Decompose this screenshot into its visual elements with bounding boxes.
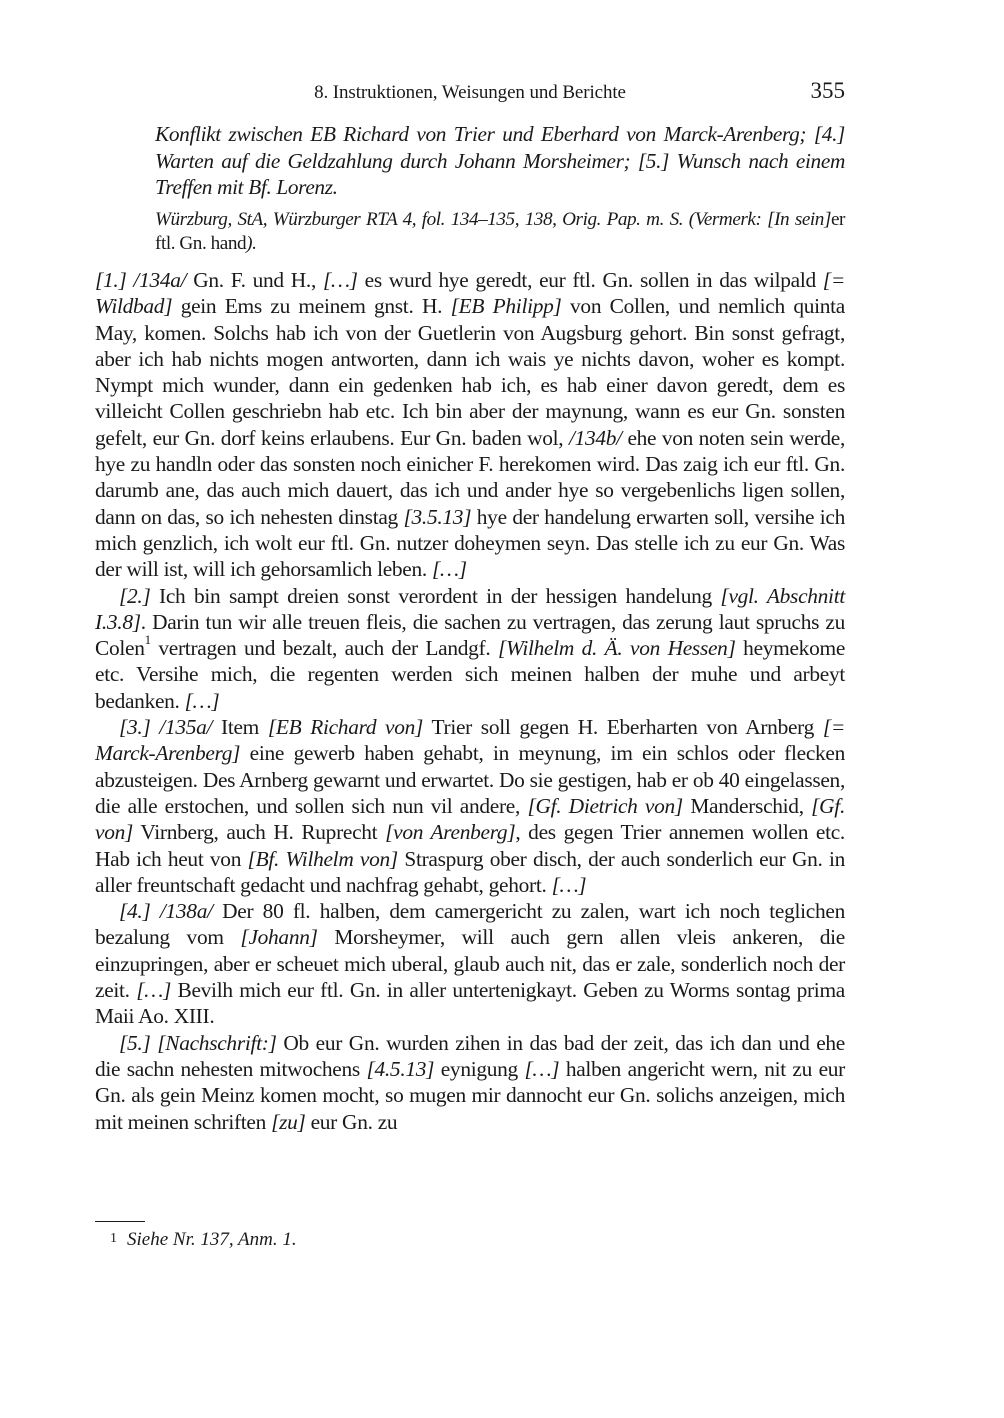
editorial-annotation: [EB Richard von] [268,715,423,739]
editorial-annotation: […] [525,1057,560,1081]
regest-summary: Konflikt zwischen EB Richard von Trier u… [155,121,845,201]
editorial-annotation: […] [552,873,587,897]
source-archive: Würzburg, StA, Würzburger RTA 4, fol. 13… [155,209,831,230]
footnote-text: Siehe Nr. 137, Anm. 1. [127,1229,297,1250]
editorial-annotation: [Wilhelm d. Ä. von Hessen] [498,636,736,660]
editorial-annotation: [Johann] [240,925,317,949]
source-text: Manderschid, [683,794,811,818]
source-text: Trier soll gegen H. Eberharten von Arnbe… [423,715,823,739]
editorial-annotation: […] [323,268,358,292]
editorial-annotation: [Gf. Dietrich von] [527,794,683,818]
editorial-annotation: […] [136,978,171,1002]
source-text: Item [212,715,268,739]
footnote-1: 1Siehe Nr. 137, Anm. 1. [110,1228,297,1252]
source-closing: ). [246,233,256,254]
paragraph-4: [4.] /138a/ Der 80 fl. halben, dem camer… [95,898,845,1029]
paragraph-5: [5.] [Nachschrift:] Ob eur Gn. wurden zi… [95,1030,845,1135]
editorial-annotation: [zu] [271,1110,305,1134]
page-number: 355 [811,78,846,104]
editorial-annotation: [2.] [119,584,151,608]
editorial-annotation: [von Arenberg] [385,820,515,844]
editorial-annotation: [3.] /135a/ [119,715,212,739]
editorial-annotation: […] [185,689,220,713]
source-text: Gn. F. und H., [186,268,323,292]
editorial-annotation: [Bf. Wilhelm von] [248,847,398,871]
source-text: es wurd hye geredt, eur ftl. Gn. sollen … [358,268,823,292]
paragraph-3: [3.] /135a/ Item [EB Richard von] Trier … [95,714,845,898]
footnote-separator [95,1221,145,1222]
footnote-reference[interactable]: 1 [145,632,151,647]
running-title: 8. Instruktionen, Weisungen und Berichte [95,82,845,104]
editorial-annotation: /134b/ [569,426,622,450]
editorial-annotation: [4.] /138a/ [119,899,213,923]
editorial-annotation: [3.5.13] [404,505,472,529]
source-text: eur Gn. zu [306,1110,398,1134]
editorial-annotation: […] [432,557,467,581]
editorial-annotation: [4.5.13] [366,1057,434,1081]
source-citation: Würzburg, StA, Würzburger RTA 4, fol. 13… [155,208,845,256]
source-text: Bevilh mich eur ftl. Gn. in aller untert… [95,978,845,1028]
editorial-annotation: [EB Philipp] [451,294,562,318]
footnote-number: 1 [110,1231,117,1246]
source-text: Virnberg, auch H. Ruprecht [133,820,385,844]
source-text: gein Ems zu meinem gnst. H. [172,294,450,318]
editorial-annotation: [1.] /134a/ [95,268,186,292]
letter-body: [1.] /134a/ Gn. F. und H., […] es wurd h… [95,267,845,1135]
editorial-annotation: [5.] [Nachschrift:] [119,1031,277,1055]
paragraph-2: [2.] Ich bin sampt dreien sonst verorden… [95,583,845,714]
source-text: vertragen und bezalt, auch der Landgf. [151,636,498,660]
paragraph-1: [1.] /134a/ Gn. F. und H., […] es wurd h… [95,267,845,583]
source-text: eynigung [434,1057,524,1081]
running-header: 8. Instruktionen, Weisungen und Berichte… [95,80,845,106]
source-text: Ich bin sampt dreien sonst verordent in … [151,584,721,608]
